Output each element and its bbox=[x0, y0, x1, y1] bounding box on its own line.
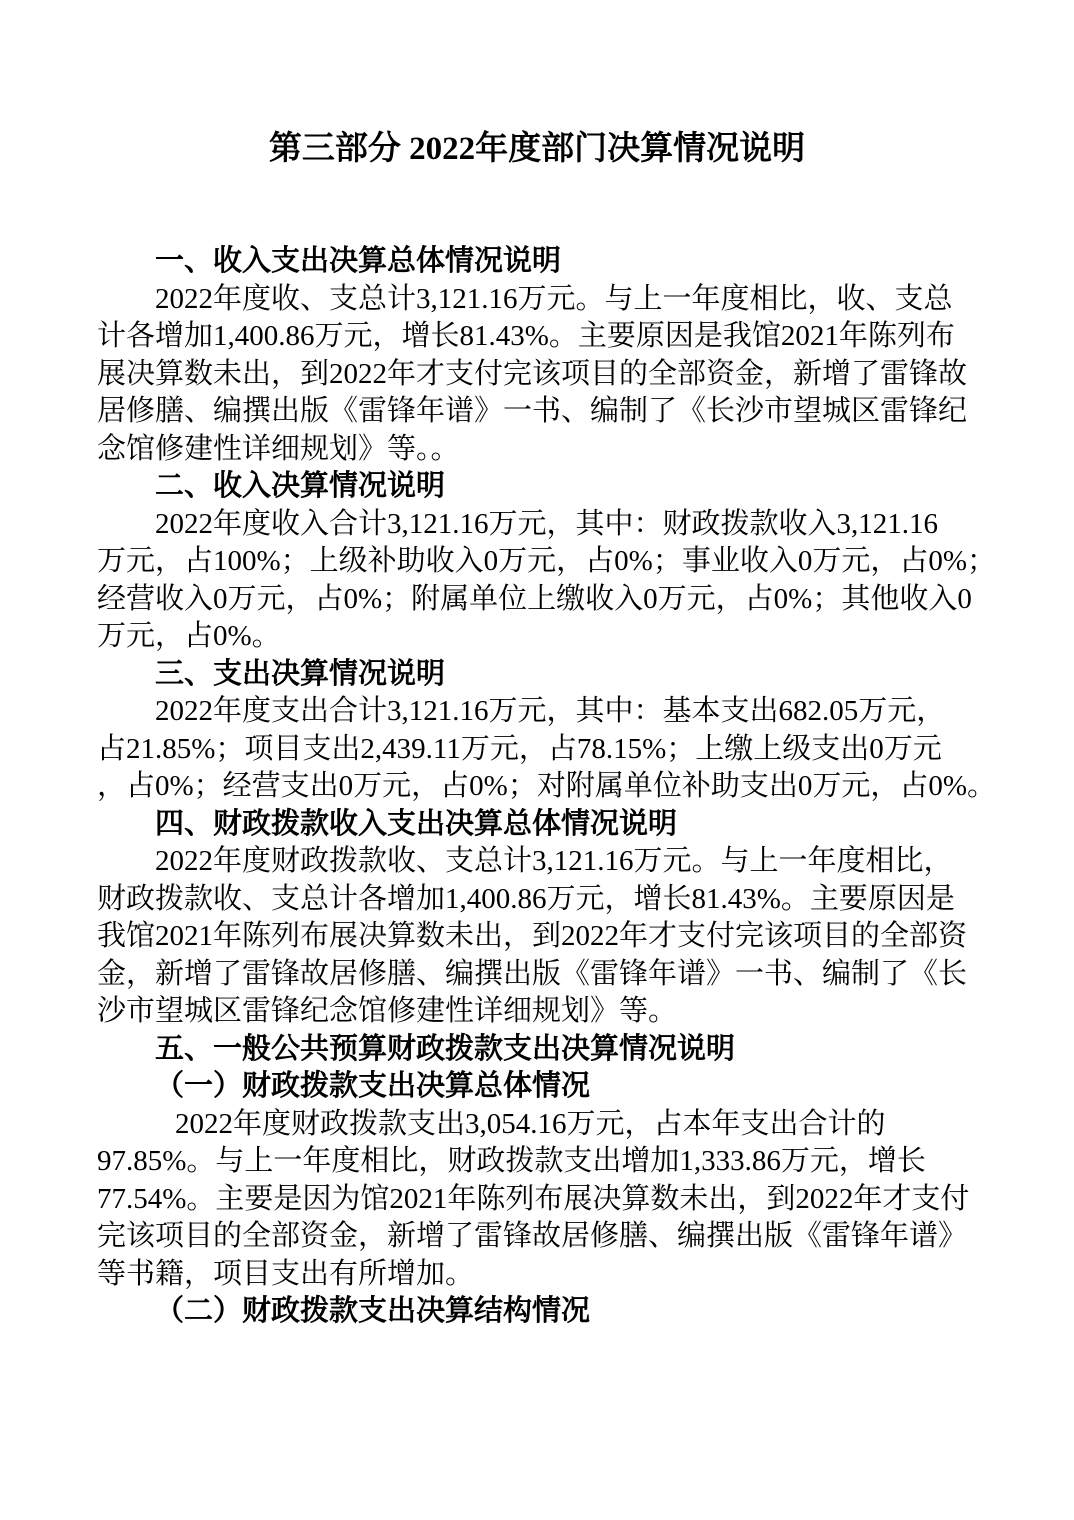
section-paragraph: 2022年度收入合计3,121.16万元，其中：财政拨款收入3,121.16 万… bbox=[97, 506, 977, 656]
section-heading: （一）财政拨款支出决算总体情况 bbox=[97, 1068, 977, 1106]
section-paragraph: 2022年度财政拨款收、支总计3,121.16万元。与上一年度相比， 财政拨款收… bbox=[97, 843, 977, 1031]
section-paragraph: 2022年度财政拨款支出3,054.16万元，占本年支出合计的 97.85%。与… bbox=[97, 1106, 977, 1294]
document-page: 第三部分 2022年度部门决算情况说明 一、收入支出决算总体情况说明2022年度… bbox=[0, 0, 1074, 1520]
section-heading: 一、收入支出决算总体情况说明 bbox=[97, 243, 977, 281]
section-heading: 四、财政拨款收入支出决算总体情况说明 bbox=[97, 806, 977, 844]
section-paragraph: 2022年度收、支总计3,121.16万元。与上一年度相比，收、支总 计各增加1… bbox=[97, 281, 977, 469]
section-heading: 三、支出决算情况说明 bbox=[97, 656, 977, 694]
section-heading: 五、一般公共预算财政拨款支出决算情况说明 bbox=[97, 1031, 977, 1069]
document-title: 第三部分 2022年度部门决算情况说明 bbox=[97, 128, 977, 171]
section-heading: （二）财政拨款支出决算结构情况 bbox=[97, 1293, 977, 1331]
section-paragraph: 2022年度支出合计3,121.16万元，其中：基本支出682.05万元， 占2… bbox=[97, 693, 977, 806]
document-body: 一、收入支出决算总体情况说明2022年度收、支总计3,121.16万元。与上一年… bbox=[97, 243, 977, 1331]
document-content: 第三部分 2022年度部门决算情况说明 一、收入支出决算总体情况说明2022年度… bbox=[0, 0, 1074, 1331]
section-heading: 二、收入决算情况说明 bbox=[97, 468, 977, 506]
